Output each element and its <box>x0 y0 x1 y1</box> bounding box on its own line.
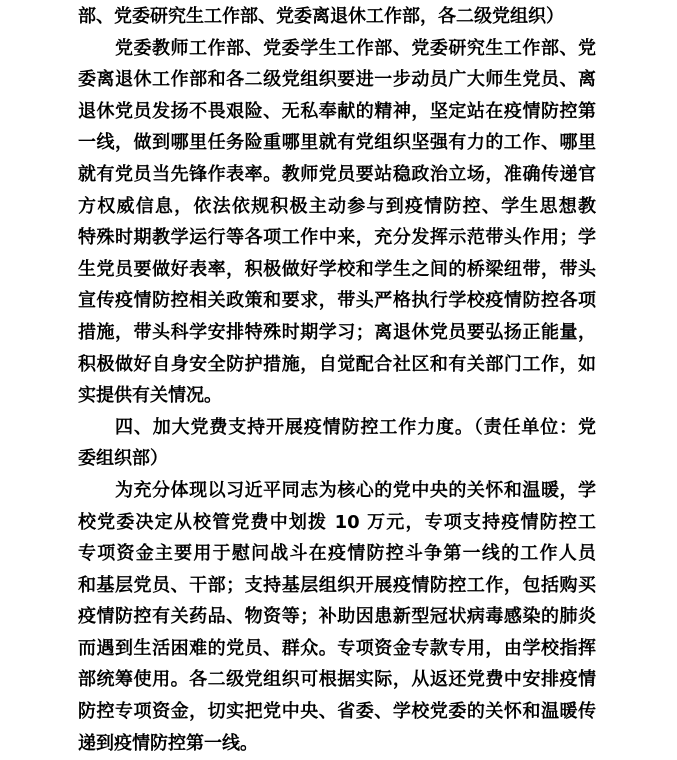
text-line: 专项资金主要用于慰问战斗在疫情防控斗争第一线的工作人员 <box>78 538 596 570</box>
text-line: 部统筹使用。各二级党组织可根据实际，从返还党费中安排疫情 <box>78 664 596 696</box>
text-line: 积极做好自身安全防护措施，自觉配合社区和有关部门工作，如 <box>78 349 596 381</box>
text-line: 方权威信息，依法依规积极主动参与到疫情防控、学生思想教育、 <box>78 191 596 223</box>
text-line: 四、加大党费支持开展疫情防控工作力度。（责任单位：党 <box>78 412 596 444</box>
text-line: 党委教师工作部、党委学生工作部、党委研究生工作部、党 <box>78 33 596 65</box>
text-line: 委离退休工作部和各二级党组织要进一步动员广大师生党员、离 <box>78 64 596 96</box>
text-line: 为充分体现以习近平同志为核心的党中央的关怀和温暖，学 <box>78 475 596 507</box>
text-line: 特殊时期教学运行等各项工作中来，充分发挥示范带头作用；学 <box>78 222 596 254</box>
text-line: 生党员要做好表率，积极做好学校和学生之间的桥梁纽带，带头 <box>78 254 596 286</box>
text-line: 递到疫情防控第一线。 <box>78 728 596 760</box>
text-line: 防控专项资金，切实把党中央、省委、学校党委的关怀和温暖传 <box>78 696 596 728</box>
text-line: 而遇到生活困难的党员、群众。专项资金专款专用，由学校指挥 <box>78 633 596 665</box>
text-line: 校党委决定从校管党费中划拨 10 万元，专项支持疫情防控工作。 <box>78 507 596 539</box>
text-line: 宣传疫情防控相关政策和要求，带头严格执行学校疫情防控各项 <box>78 285 596 317</box>
text-line: 和基层党员、干部；支持基层组织开展疫情防控工作，包括购买 <box>78 570 596 602</box>
text-line: 部、党委研究生工作部、党委离退休工作部，各二级党组织） <box>78 1 596 33</box>
text-line: 一线，做到哪里任务险重哪里就有党组织坚强有力的工作、哪里 <box>78 127 596 159</box>
text-line: 就有党员当先锋作表率。教师党员要站稳政治立场，准确传递官 <box>78 159 596 191</box>
text-line: 退休党员发扬不畏艰险、无私奉献的精神，坚定站在疫情防控第 <box>78 96 596 128</box>
text-line: 实提供有关情况。 <box>78 380 596 412</box>
text-line: 措施，带头科学安排特殊时期学习；离退休党员要弘扬正能量， <box>78 317 596 349</box>
text-line: 疫情防控有关药品、物资等；补助因患新型冠状病毒感染的肺炎 <box>78 601 596 633</box>
document-page: 部、党委研究生工作部、党委离退休工作部，各二级党组织）党委教师工作部、党委学生工… <box>0 0 677 760</box>
document-text-block: 部、党委研究生工作部、党委离退休工作部，各二级党组织）党委教师工作部、党委学生工… <box>78 1 596 759</box>
text-line: 委组织部） <box>78 443 596 475</box>
